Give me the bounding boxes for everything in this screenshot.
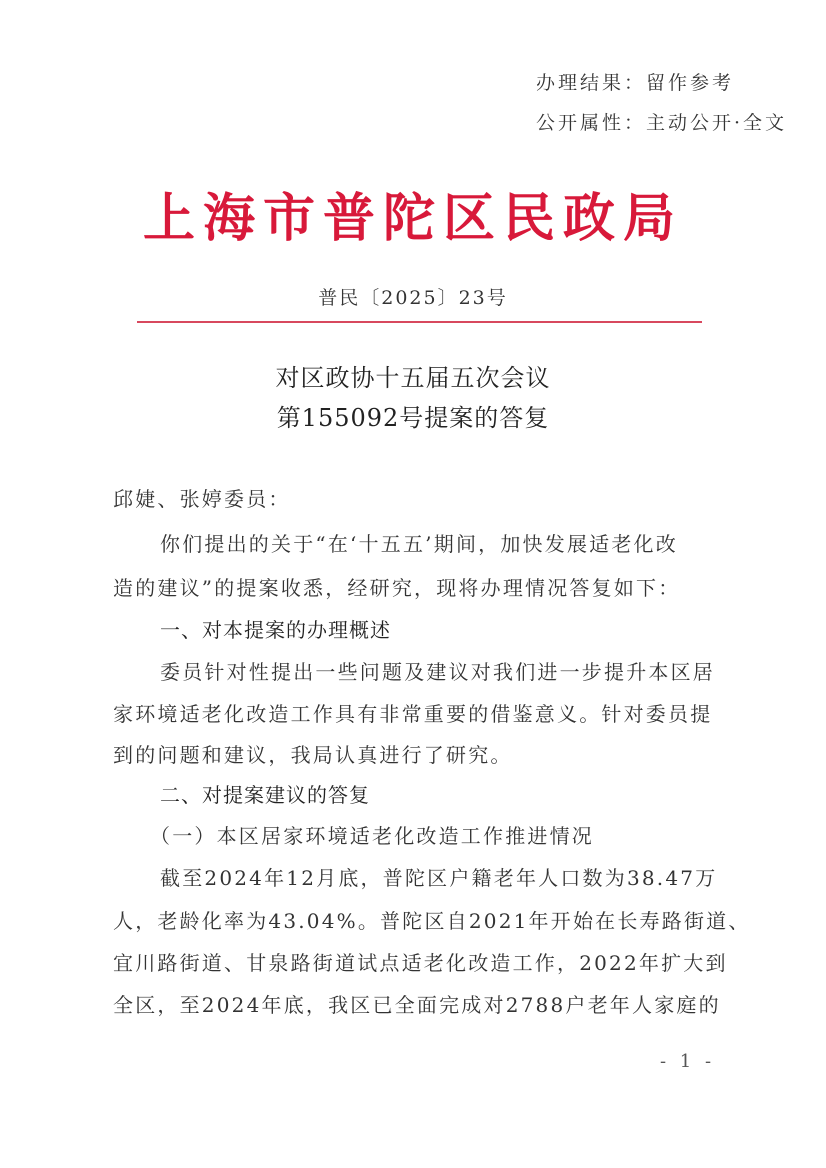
- body-line: 全区，至2024年底，我区已全面完成对2788户老年人家庭的: [113, 989, 723, 1018]
- document-title-line-2: 第155092号提案的答复: [0, 398, 826, 433]
- document-number: 普民〔2025〕23号: [0, 283, 826, 310]
- document-title-line-1: 对区政协十五届五次会议: [0, 358, 826, 393]
- body-line: 家环境适老化改造工作具有非常重要的借鉴意义。针对委员提: [113, 698, 723, 727]
- disclosure-attribute: 公开属性：主动公开·全文: [536, 108, 787, 135]
- body-line: 委员针对性提出一些问题及建议对我们进一步提升本区居: [160, 656, 770, 685]
- body-line: 到的问题和建议，我局认真进行了研究。: [113, 739, 723, 768]
- body-line: 截至2024年12月底，普陀区户籍老年人口数为38.47万: [160, 862, 770, 891]
- handling-result: 办理结果：留作参考: [536, 68, 734, 95]
- page-number: - 1 -: [660, 1051, 715, 1072]
- body-line: 宜川路街道、甘泉路街道试点适老化改造工作，2022年扩大到: [113, 947, 723, 976]
- subsection-heading-1: （一）本区居家环境适老化改造工作推进情况: [150, 820, 760, 849]
- letterhead-divider: [137, 321, 702, 323]
- organization-letterhead: 上海市普陀区民政局: [0, 176, 826, 251]
- section-heading-1: 一、对本提案的办理概述: [160, 614, 770, 643]
- body-line: 人，老龄化率为43.04%。普陀区自2021年开始在长寿路街道、: [113, 905, 723, 934]
- body-line: 你们提出的关于“在‘十五五’期间，加快发展适老化改: [160, 528, 770, 557]
- section-heading-2: 二、对提案建议的答复: [160, 779, 770, 808]
- body-line: 造的建议”的提案收悉，经研究，现将办理情况答复如下：: [113, 572, 723, 601]
- salutation: 邱婕、张婷委员：: [113, 483, 723, 512]
